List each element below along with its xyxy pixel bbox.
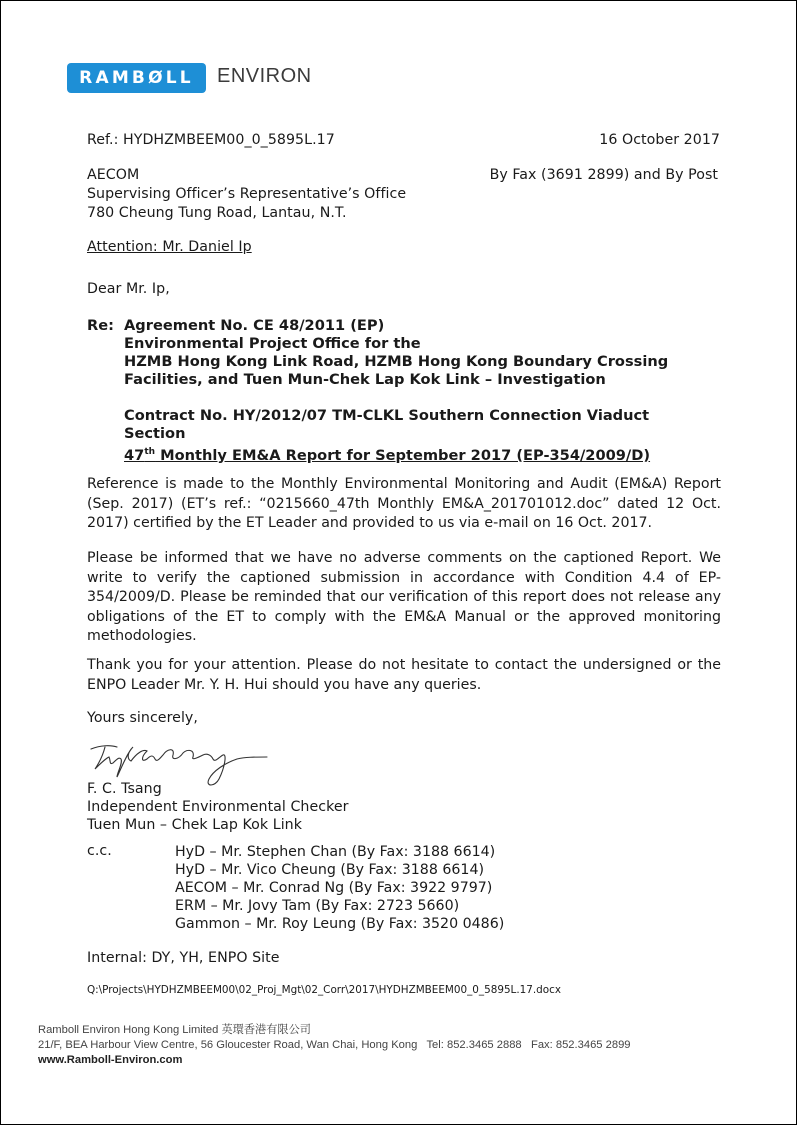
subject-label: Re: [87,317,114,335]
subject-line: Agreement No. CE 48/2011 (EP) [124,317,668,335]
internal-distribution: Internal: DY, YH, ENPO Site [87,950,280,966]
footer-website[interactable]: www.Ramboll-Environ.com [38,1053,631,1068]
attention-line: Attention: Mr. Daniel Ip [87,239,252,255]
report-title: 47th Monthly EM&A Report for September 2… [124,443,668,465]
subject-line: HZMB Hong Kong Link Road, HZMB Hong Kong… [124,353,668,371]
closing: Yours sincerely, [87,710,198,726]
recipient-org: AECOM [87,167,139,183]
signatory-name: F. C. Tsang [87,781,162,797]
footer-company: Ramboll Environ Hong Kong Limited 英環香港有限… [38,1023,631,1038]
body-paragraph: Please be informed that we have no adver… [87,549,721,647]
file-path: Q:\Projects\HYDHZMBEEM00\02_Proj_Mgt\02_… [87,984,561,996]
recipient-office: Supervising Officer’s Representative’s O… [87,186,406,202]
delivery-method: By Fax (3691 2899) and By Post [490,167,718,183]
contract-line: Contract No. HY/2012/07 TM-CLKL Southern… [124,407,668,425]
body-paragraph: Reference is made to the Monthly Environ… [87,475,721,534]
letterhead-footer: Ramboll Environ Hong Kong Limited 英環香港有限… [38,1023,631,1068]
signatory-title: Independent Environmental Checker [87,799,349,815]
footer-address-line: 21/F, BEA Harbour View Centre, 56 Glouce… [38,1038,631,1053]
cc-item: ERM – Mr. Jovy Tam (By Fax: 2723 5660) [175,897,504,915]
reference-number: Ref.: HYDHZMBEEM00_0_5895L.17 [87,132,335,148]
salutation: Dear Mr. Ip, [87,281,170,297]
footer-tel: Tel: 852.3465 2888 [426,1039,521,1051]
footer-fax: Fax: 852.3465 2899 [531,1039,631,1051]
letter-date: 16 October 2017 [599,132,720,148]
cc-item: AECOM – Mr. Conrad Ng (By Fax: 3922 9797… [175,879,504,897]
logo-suffix: ENVIRON [217,65,312,88]
cc-list: HyD – Mr. Stephen Chan (By Fax: 3188 661… [175,843,504,933]
letter-page: RAMBØLL ENVIRON Ref.: HYDHZMBEEM00_0_589… [0,0,797,1125]
subject-line: Facilities, and Tuen Mun-Chek Lap Kok Li… [124,371,668,389]
body-paragraph: Thank you for your attention. Please do … [87,656,721,695]
cc-item: HyD – Mr. Vico Cheung (By Fax: 3188 6614… [175,861,504,879]
cc-item: HyD – Mr. Stephen Chan (By Fax: 3188 661… [175,843,504,861]
recipient-address: 780 Cheung Tung Road, Lantau, N.T. [87,205,347,221]
signatory-project: Tuen Mun – Chek Lap Kok Link [87,817,302,833]
logo-brand: RAMBØLL [79,68,194,88]
cc-label: c.c. [87,843,112,859]
footer-address: 21/F, BEA Harbour View Centre, 56 Glouce… [38,1039,417,1051]
subject-line: Environmental Project Office for the [124,335,668,353]
cc-item: Gammon – Mr. Roy Leung (By Fax: 3520 048… [175,915,504,933]
contract-line: Section [124,425,668,443]
ramboll-logo: RAMBØLL [67,63,206,93]
